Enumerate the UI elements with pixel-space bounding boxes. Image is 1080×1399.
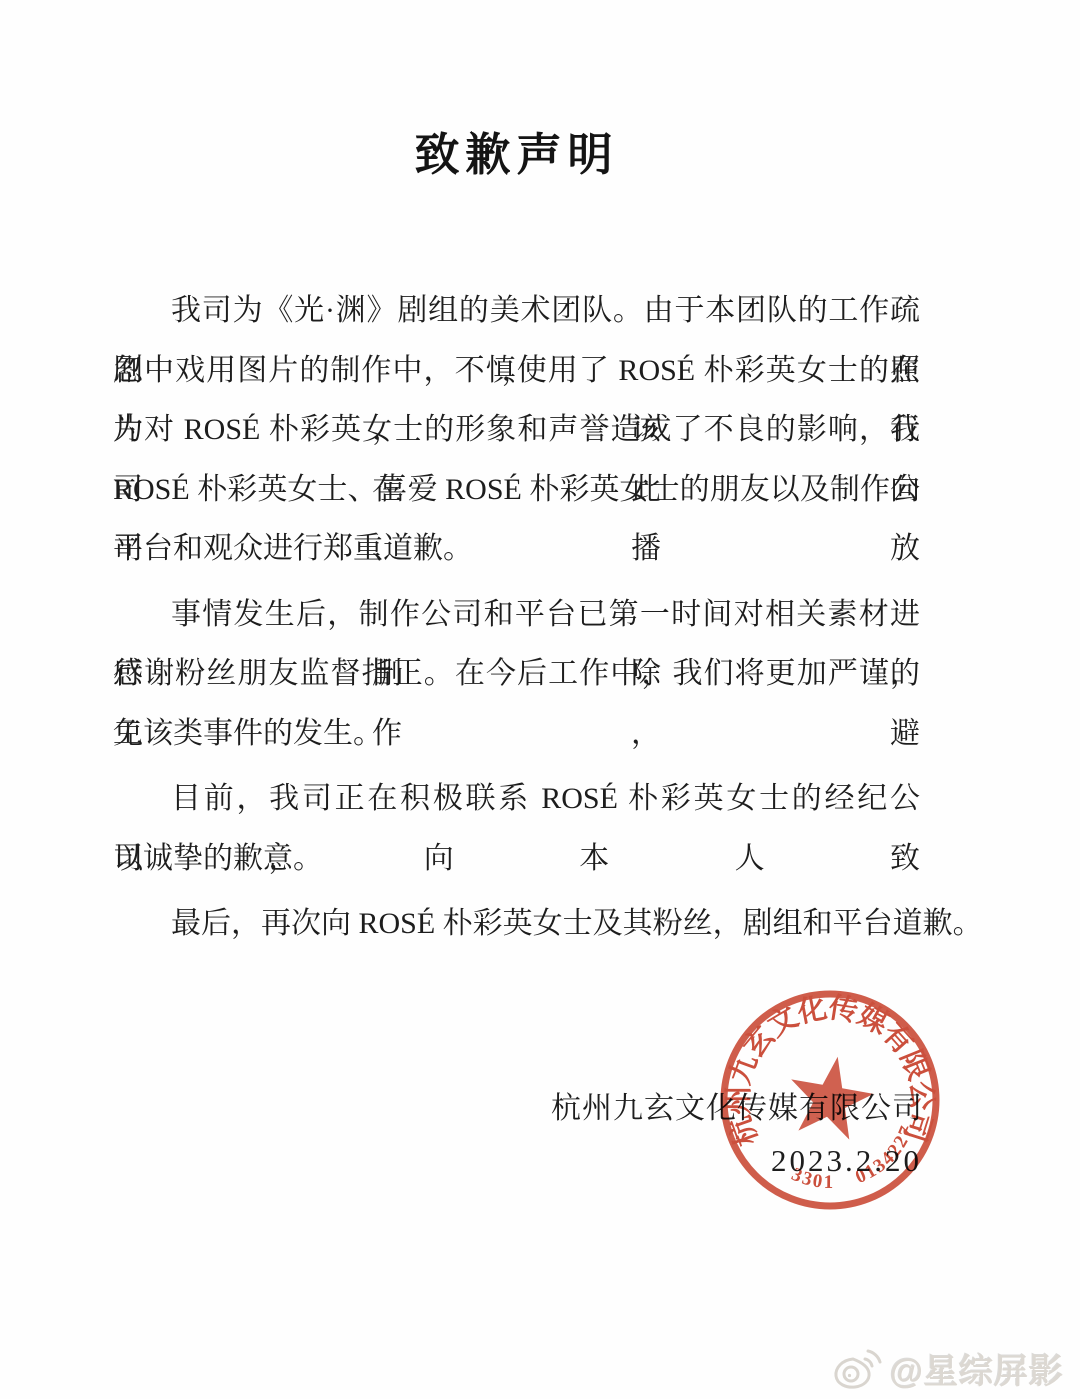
text-line: 感谢粉丝朋友监督指正。在今后工作中，我们将更加严谨的工作，避 bbox=[113, 644, 920, 704]
text-line: 最后，再次向 ROSÉ 朴彩英女士及其粉丝，剧组和平台道歉。 bbox=[113, 894, 920, 954]
watermark: @星综屏影 bbox=[832, 1344, 1064, 1393]
svg-text:0134227: 0134227 bbox=[852, 1122, 918, 1188]
text-line: 剧中戏用图片的制作中，不慎使用了 ROSÉ 朴彩英女士的照片，该行 bbox=[113, 341, 920, 401]
seal-number-left: 3301 bbox=[788, 1164, 835, 1193]
paragraph: 目前，我司正在积极联系 ROSÉ 朴彩英女士的经纪公司，向本人致以诚挚的歉意。 bbox=[113, 769, 920, 888]
text-line: 为对 ROSÉ 朴彩英女士的形象和声誉造成了不良的影响，我司在此向 bbox=[113, 400, 920, 460]
seal-star-icon bbox=[791, 1057, 873, 1140]
watermark-text: @星综屏影 bbox=[890, 1344, 1064, 1393]
text-line: 我司为《光·渊》剧组的美术团队。由于本团队的工作疏忽，在 bbox=[113, 281, 920, 341]
paragraph: 我司为《光·渊》剧组的美术团队。由于本团队的工作疏忽，在剧中戏用图片的制作中，不… bbox=[113, 281, 920, 579]
apology-document-page: 致歉声明 我司为《光·渊》剧组的美术团队。由于本团队的工作疏忽，在剧中戏用图片的… bbox=[0, 0, 1080, 1399]
document-body: 我司为《光·渊》剧组的美术团队。由于本团队的工作疏忽，在剧中戏用图片的制作中，不… bbox=[113, 281, 920, 960]
seal-number-right: 0134227 bbox=[852, 1122, 918, 1188]
text-line: 目前，我司正在积极联系 ROSÉ 朴彩英女士的经纪公司，向本人致 bbox=[113, 769, 920, 829]
paragraph: 事情发生后，制作公司和平台已第一时间对相关素材进行删除，感谢粉丝朋友监督指正。在… bbox=[113, 585, 920, 764]
company-seal-stamp: 杭州九玄文化传媒有限公司 3301 0134227 bbox=[695, 965, 965, 1235]
document-title: 致歉声明 bbox=[113, 118, 920, 183]
text-line: ROSÉ 朴彩英女士、喜爱 ROSÉ 朴彩英女士的朋友以及制作公司、播放 bbox=[113, 460, 920, 520]
weibo-icon bbox=[832, 1347, 884, 1391]
paragraph: 最后，再次向 ROSÉ 朴彩英女士及其粉丝，剧组和平台道歉。 bbox=[113, 894, 920, 954]
text-line: 事情发生后，制作公司和平台已第一时间对相关素材进行删除， bbox=[113, 585, 920, 645]
svg-text:3301: 3301 bbox=[788, 1164, 835, 1193]
